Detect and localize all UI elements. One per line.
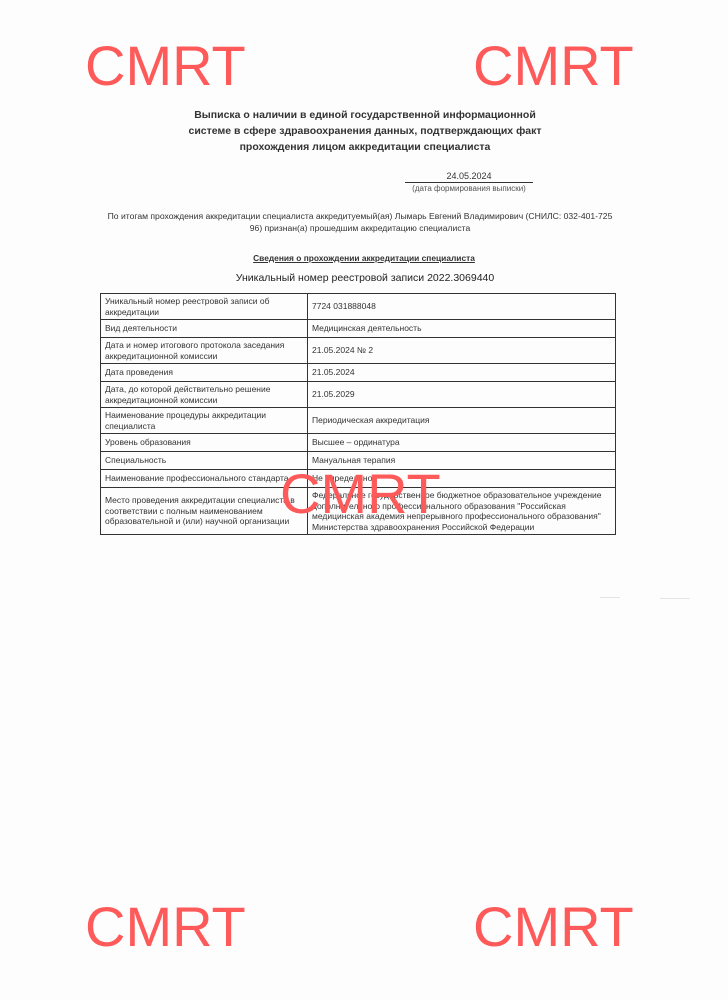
table-row: Вид деятельностиМедицинская деятельность [101, 320, 616, 338]
table-row: Наименование процедуры аккредитации спец… [101, 408, 616, 434]
row-label: Уникальный номер реестровой записи об ак… [101, 294, 308, 320]
title-line: Выписка о наличии в единой государственн… [90, 107, 640, 123]
row-label: Дата и номер итогового протокола заседан… [101, 338, 308, 364]
row-label: Уровень образования [101, 434, 308, 452]
scan-artifact [600, 597, 620, 598]
row-label: Специальность [101, 452, 308, 470]
table-row: Уникальный номер реестровой записи об ак… [101, 294, 616, 320]
table-row: Дата проведения21.05.2024 [101, 364, 616, 382]
table-row: Уровень образованияВысшее – ординатура [101, 434, 616, 452]
title-line: прохождения лицом аккредитации специалис… [90, 139, 640, 155]
row-label: Дата, до которой действительно решение а… [101, 382, 308, 408]
row-value: Высшее – ординатура [308, 434, 616, 452]
section-heading: Сведения о прохождении аккредитации спец… [200, 253, 528, 263]
intro-line: По итогам прохождения аккредитации специ… [96, 210, 624, 222]
row-value: 21.05.2029 [308, 382, 616, 408]
watermark-top-left: CMRT [85, 38, 246, 94]
table-row: Дата, до которой действительно решение а… [101, 382, 616, 408]
statement-date-block: 24.05.2024 (дата формирования выписки) [405, 171, 533, 193]
row-value: Медицинская деятельность [308, 320, 616, 338]
row-label: Место проведения аккредитации специалист… [101, 488, 308, 535]
row-label: Наименование профессионального стандарта [101, 470, 308, 488]
scanned-document-page: Выписка о наличии в единой государственн… [0, 0, 728, 1000]
scan-artifact [660, 598, 690, 599]
row-label: Вид деятельности [101, 320, 308, 338]
document-title: Выписка о наличии в единой государственн… [90, 107, 640, 155]
intro-paragraph: По итогам прохождения аккредитации специ… [96, 210, 624, 234]
registry-number-heading: Уникальный номер реестровой записи 2022.… [150, 272, 580, 284]
intro-line: 96) признан(а) прошедшим аккредитацию сп… [96, 222, 624, 234]
row-value: Периодическая аккредитация [308, 408, 616, 434]
title-line: системе в сфере здравоохранения данных, … [90, 123, 640, 139]
row-value: 21.05.2024 [308, 364, 616, 382]
watermark-top-right: CMRT [473, 38, 634, 94]
statement-date: 24.05.2024 [405, 171, 533, 183]
row-value: 7724 031888048 [308, 294, 616, 320]
watermark-bottom-right: CMRT [473, 899, 634, 955]
row-label: Дата проведения [101, 364, 308, 382]
table-row: Дата и номер итогового протокола заседан… [101, 338, 616, 364]
watermark-bottom-left: CMRT [85, 899, 246, 955]
row-value: 21.05.2024 № 2 [308, 338, 616, 364]
row-label: Наименование процедуры аккредитации спец… [101, 408, 308, 434]
statement-date-caption: (дата формирования выписки) [405, 184, 533, 193]
watermark-center: CMRT [280, 466, 441, 522]
